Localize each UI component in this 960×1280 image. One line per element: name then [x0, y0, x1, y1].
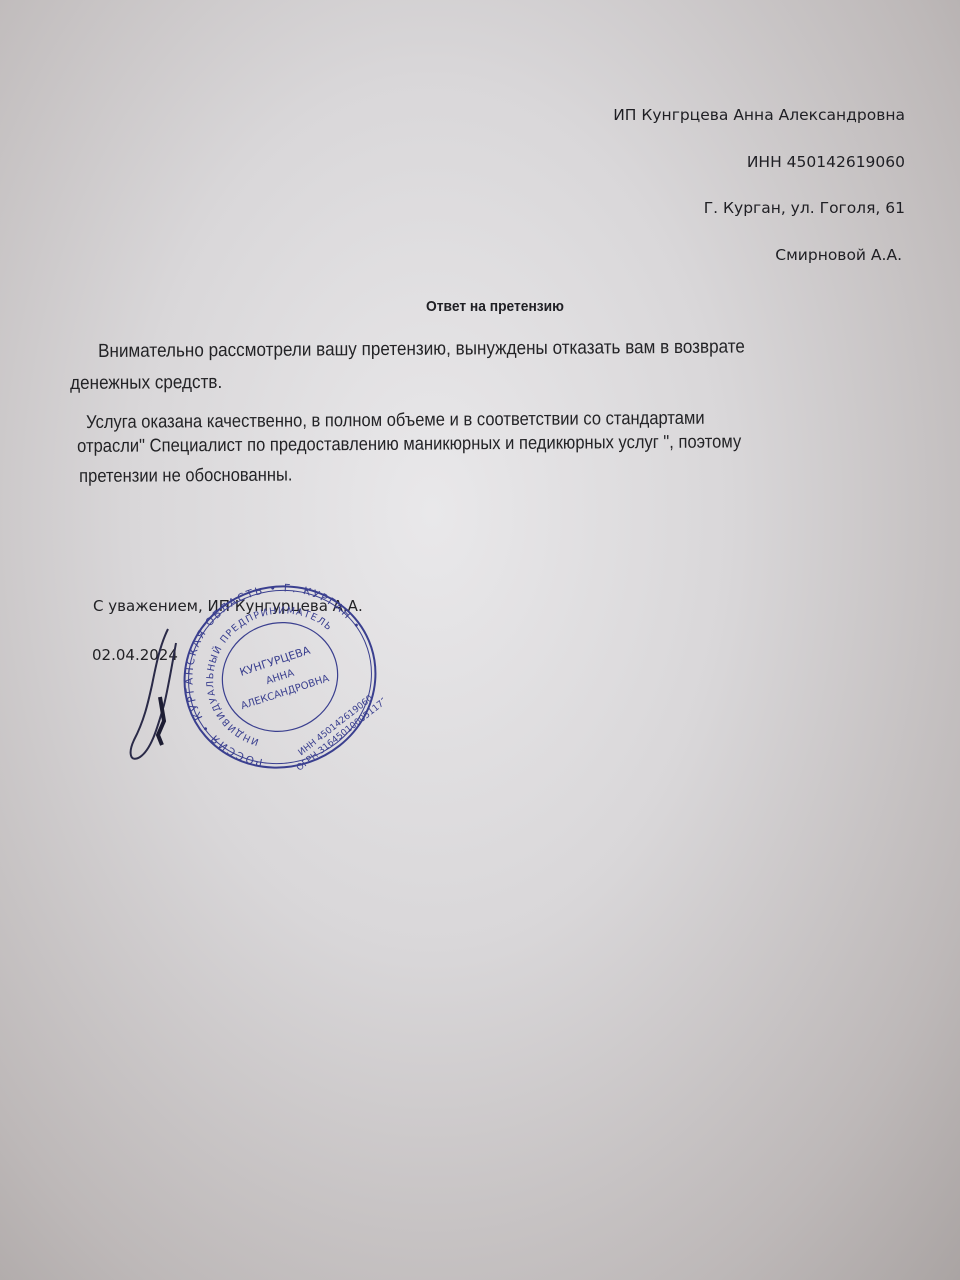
company-stamp: РОССИЯ • КУРГАНСКАЯ ОБЛАСТЬ • Г. КУРГАН …: [178, 582, 383, 772]
paragraph-1-line-2: денежных средств.: [70, 367, 222, 400]
sender-name: ИП Кунгрцева Анна Александровна: [613, 106, 905, 124]
sender-address: Г. Курган, ул. Гоголя, 61: [704, 199, 905, 217]
sender-inn: ИНН 450142619060: [747, 153, 905, 171]
recipient-name: Смирновой А.А.: [775, 246, 902, 264]
paragraph-2-line-2: отрасли" Специалист по предоставлению ма…: [77, 425, 741, 462]
paragraph-1-line-1: Внимательно рассмотрели вашу претензию, …: [98, 331, 745, 368]
document-page: ИП Кунгрцева Анна Александровна ИНН 4501…: [0, 0, 960, 1280]
stamp-ogrnip: ОГРН 316450100051172: [295, 696, 383, 772]
paragraph-2-line-3: претензии не обоснованны.: [79, 459, 293, 492]
document-title: Ответ на претензию: [40, 298, 951, 315]
